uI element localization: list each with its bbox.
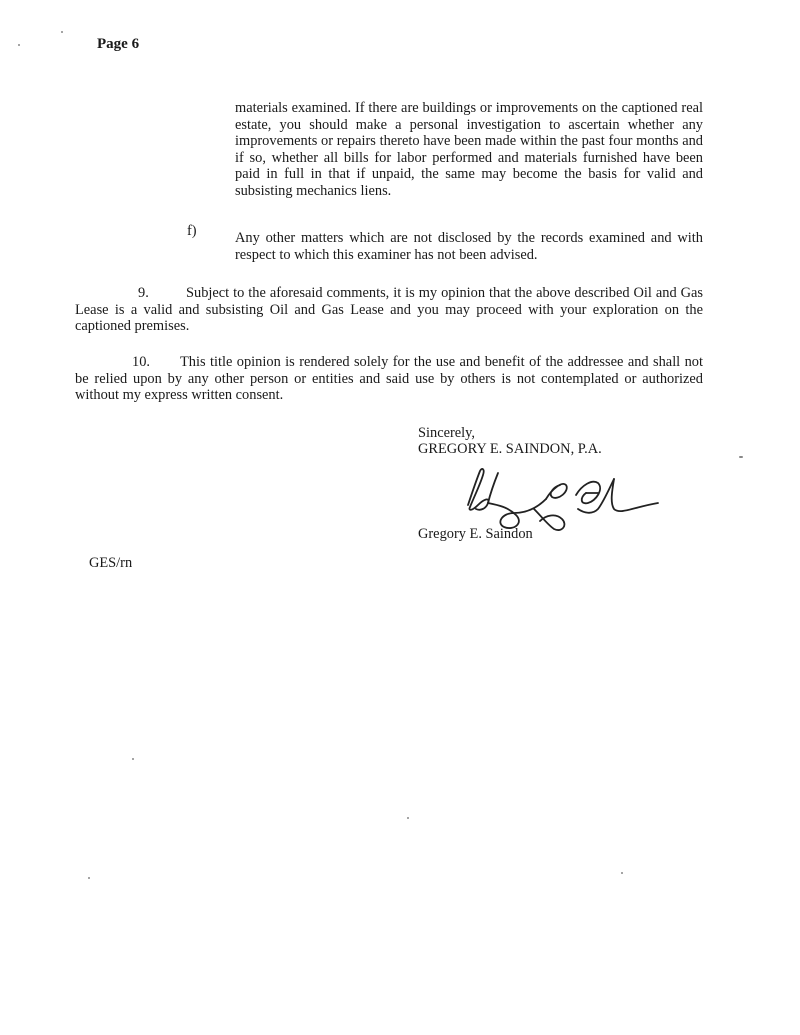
scan-speck bbox=[739, 456, 743, 458]
signer-name: Gregory E. Saindon bbox=[418, 526, 533, 543]
typist-initials: GES/rn bbox=[89, 555, 132, 572]
firm-name: GREGORY E. SAINDON, P.A. bbox=[418, 441, 602, 458]
continued-paragraph: materials examined. If there are buildin… bbox=[235, 100, 703, 199]
paragraph-10: 10.This title opinion is rendered solely… bbox=[75, 354, 703, 404]
scan-speck bbox=[18, 44, 20, 46]
scan-speck bbox=[132, 758, 134, 760]
page-label: Page 6 bbox=[97, 36, 139, 53]
paragraph-9-number: 9. bbox=[75, 285, 186, 302]
scan-speck bbox=[621, 872, 623, 874]
paragraph-10-number: 10. bbox=[75, 354, 180, 371]
scan-speck bbox=[407, 817, 409, 819]
scan-speck bbox=[61, 31, 63, 33]
item-f-text: Any other matters which are not disclose… bbox=[235, 230, 703, 263]
paragraph-9: 9.Subject to the aforesaid comments, it … bbox=[75, 285, 703, 335]
item-f-label: f) bbox=[187, 223, 197, 240]
closing: Sincerely, bbox=[418, 425, 475, 441]
scan-speck bbox=[88, 877, 90, 879]
